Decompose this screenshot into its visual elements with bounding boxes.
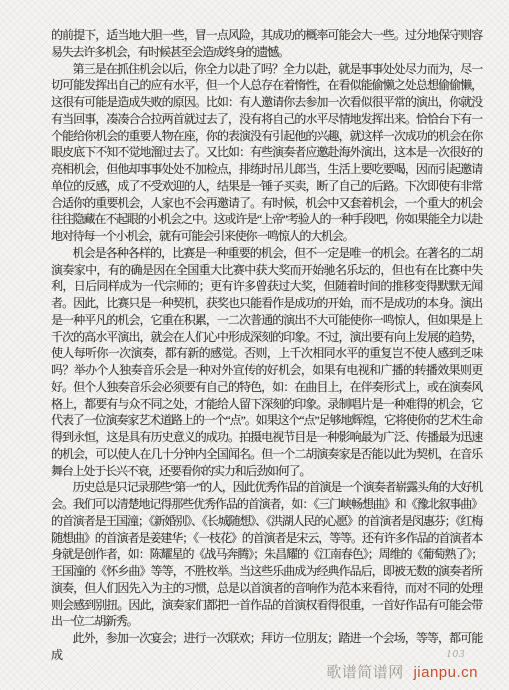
book-page: 的前提下，适当地大胆一些，冒一点风险，其成功的概率可能会大一些。过分地保守则容易… [0,0,509,690]
paragraph-kinds-of-opportunities: 机会是各种各样的，比赛是一种重要的机会，但不一定是唯一的机会。在著名的二胡演奏家… [51,245,482,480]
watermark-site-name: 歌谱简谱网 [326,664,404,681]
paragraph-premiere-history: 历史总是只记录那些“第一”的人，因此优秀作品的首演是一个演奏者崭露头角的大好机会… [51,479,482,630]
watermark: 歌谱简谱网 jianpu.cn [326,661,478,682]
page-text: 的前提下，适当地大胆一些，冒一点风险，其成功的概率可能会大一些。过分地保守则容易… [51,27,482,664]
watermark-domain: jianpu.cn [413,664,478,681]
paragraph-other-occasions: 此外，参加一次宴会；进行一次联欢；拜访一位朋友；踏进一个会场，等等，都可能成 [51,630,482,664]
paragraph-third-point: 第三是在抓住机会以后，你全力以赴了吗？全力以赴，就是事事处处尽力而为，尽一切可能… [51,61,482,245]
paragraph-continuation: 的前提下，适当地大胆一些，冒一点风险，其成功的概率可能会大一些。过分地保守则容易… [51,27,482,61]
page-number: 103 [446,648,466,660]
